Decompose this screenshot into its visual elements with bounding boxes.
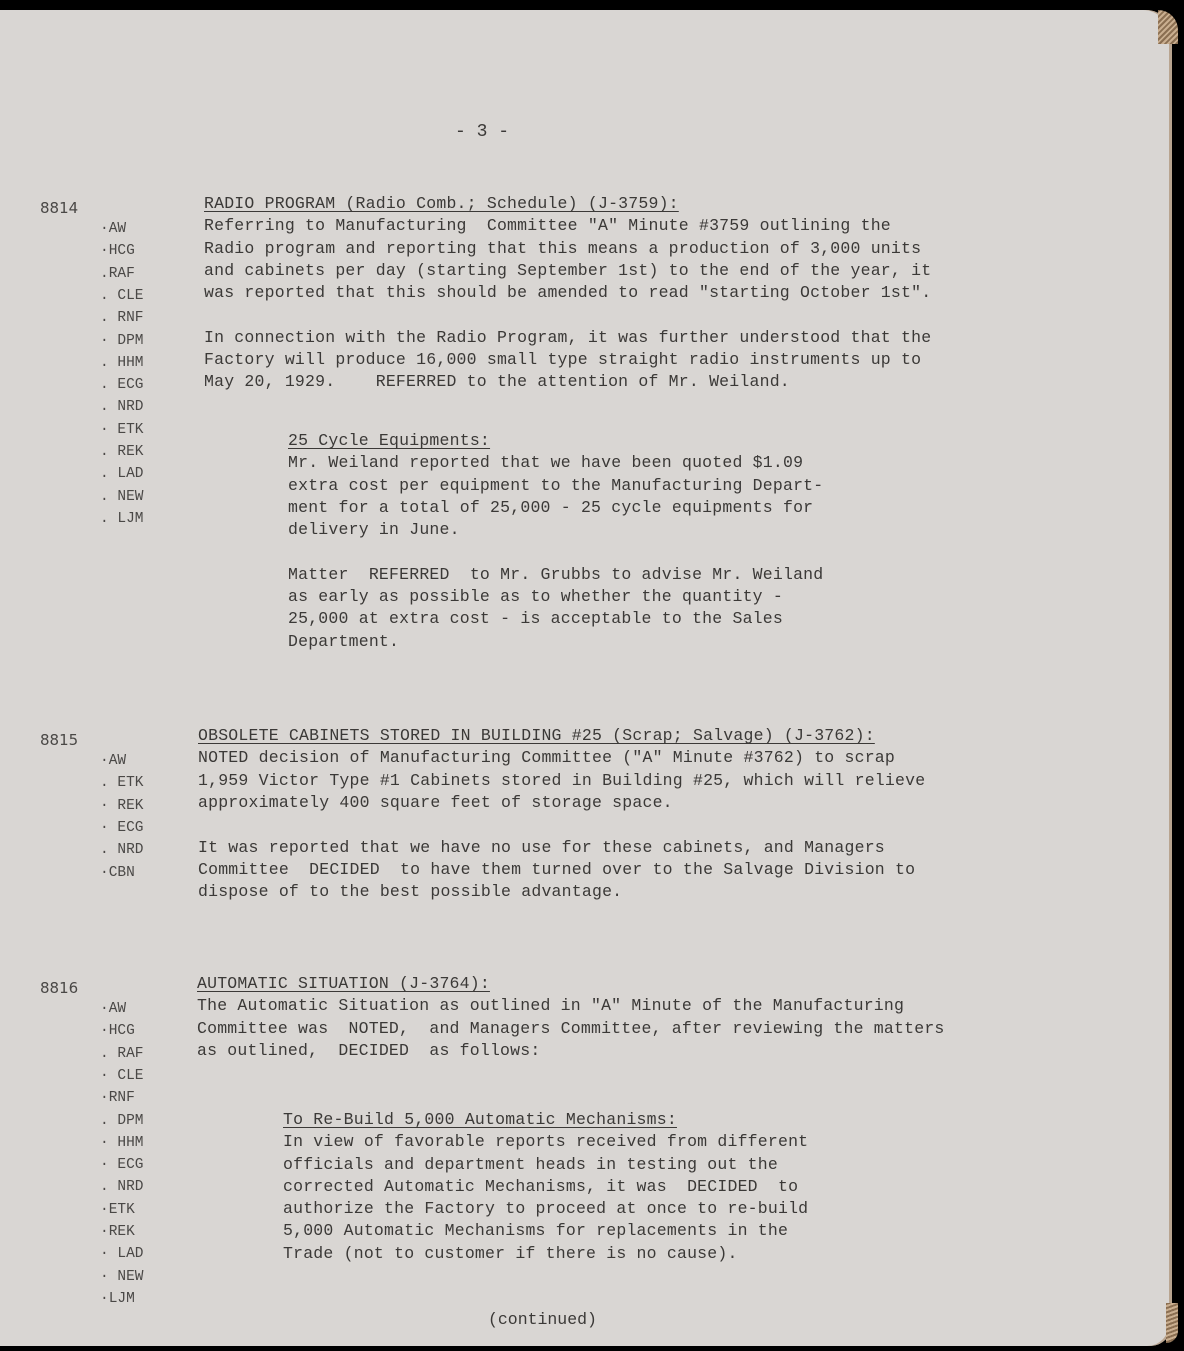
distribution-initials: · DPM	[100, 330, 144, 352]
distribution-initials: ·CBN	[100, 862, 135, 884]
page-number: - 3 -	[455, 122, 509, 142]
distribution-initials: . ECG	[100, 374, 144, 396]
distribution-initials: ·AW	[100, 998, 126, 1020]
section-heading: AUTOMATIC SITUATION (J-3764):	[197, 973, 490, 995]
distribution-initials: ·ETK	[100, 1199, 135, 1221]
distribution-initials: . RNF	[100, 307, 144, 329]
distribution-initials: ·REK	[100, 1221, 135, 1243]
page-edge-top	[1158, 10, 1178, 44]
distribution-initials: · ETK	[100, 419, 144, 441]
subsection-paragraph: Mr. Weiland reported that we have been q…	[288, 452, 823, 541]
distribution-initials: ·HCG	[100, 1020, 135, 1042]
section-heading: OBSOLETE CABINETS STORED IN BUILDING #25…	[198, 725, 875, 747]
distribution-initials: . NRD	[100, 839, 144, 861]
paragraph: In connection with the Radio Program, it…	[204, 327, 931, 394]
distribution-initials: ·LJM	[100, 1288, 135, 1310]
distribution-initials: · REK	[100, 795, 144, 817]
distribution-initials: . RAF	[100, 1043, 144, 1065]
paragraph: It was reported that we have no use for …	[198, 837, 915, 904]
distribution-initials: · NEW	[100, 1266, 144, 1288]
paragraph: The Automatic Situation as outlined in "…	[197, 995, 945, 1062]
distribution-initials: ·RNF	[100, 1087, 135, 1109]
distribution-initials: · ECG	[100, 1154, 144, 1176]
distribution-initials: ·AW	[100, 750, 126, 772]
distribution-initials: .RAF	[100, 263, 135, 285]
distribution-initials: · HHM	[100, 1132, 144, 1154]
minute-number: 8815	[40, 731, 78, 749]
section-heading: RADIO PROGRAM (Radio Comb.; Schedule) (J…	[204, 193, 679, 215]
distribution-initials: . CLE	[100, 285, 144, 307]
subsection-paragraph: Matter REFERRED to Mr. Grubbs to advise …	[288, 564, 823, 653]
minute-number: 8816	[40, 979, 78, 997]
distribution-initials: ·AW	[100, 218, 126, 240]
paragraph: Referring to Manufacturing Committee "A"…	[204, 215, 931, 304]
distribution-initials: . NRD	[100, 396, 144, 418]
page-edge-bottom	[1166, 1303, 1178, 1343]
paragraph: NOTED decision of Manufacturing Committe…	[198, 747, 925, 814]
distribution-initials: . HHM	[100, 352, 144, 374]
subsection-heading: 25 Cycle Equipments:	[288, 430, 490, 452]
distribution-initials: . REK	[100, 441, 144, 463]
distribution-initials: . NRD	[100, 1176, 144, 1198]
distribution-initials: . LJM	[100, 508, 144, 530]
distribution-initials: . DPM	[100, 1110, 144, 1132]
subsection-paragraph: In view of favorable reports received fr…	[283, 1131, 808, 1265]
distribution-initials: . LAD	[100, 463, 144, 485]
minute-number: 8814	[40, 199, 78, 217]
distribution-initials: ·HCG	[100, 240, 135, 262]
distribution-initials: · LAD	[100, 1243, 144, 1265]
subsection-heading: To Re-Build 5,000 Automatic Mechanisms:	[283, 1109, 677, 1131]
distribution-initials: . ETK	[100, 772, 144, 794]
distribution-initials: . NEW	[100, 486, 144, 508]
continued-note: (continued)	[488, 1310, 597, 1329]
distribution-initials: · CLE	[100, 1065, 144, 1087]
distribution-initials: · ECG	[100, 817, 144, 839]
